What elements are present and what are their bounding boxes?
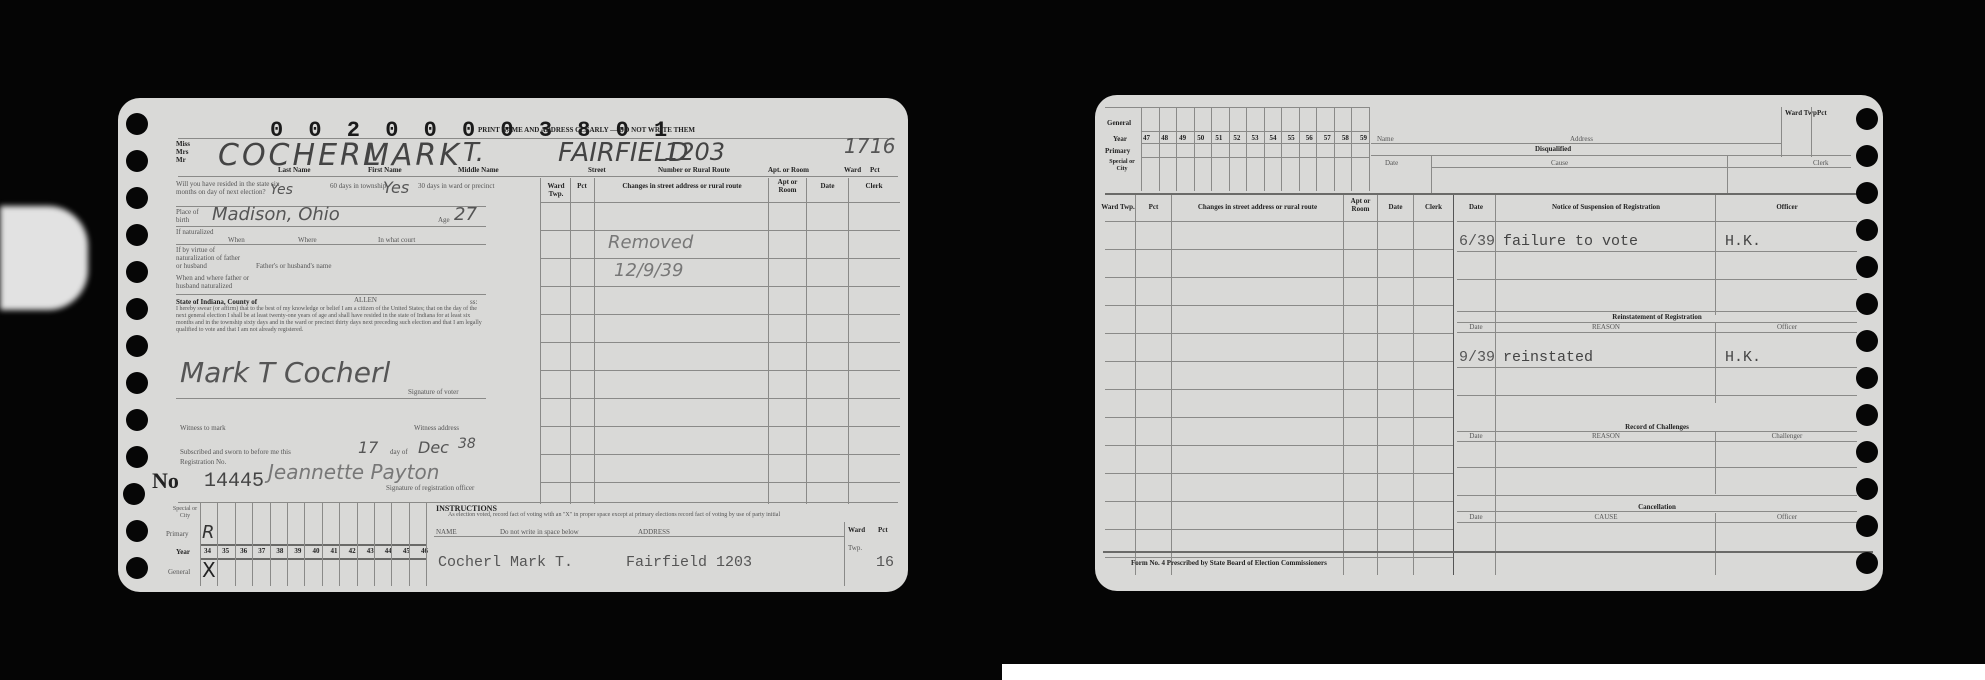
no-symbol: No: [152, 468, 179, 494]
sworn-text: Subscribed and sworn to before me this: [180, 448, 291, 456]
rchanges-header-apt: Apt or Room: [1344, 197, 1377, 213]
year-cell: 50: [1197, 134, 1204, 142]
year-row: 34353637383940414243444546: [204, 547, 428, 555]
ward-days-label: 30 days in ward or precinct: [418, 182, 498, 190]
instructions-address-label: ADDRESS: [638, 528, 670, 536]
grid-line: [1264, 107, 1265, 191]
last-name-label: Last Name: [278, 166, 310, 174]
rheader-date: Date: [1385, 159, 1398, 167]
row-line: [1105, 249, 1453, 250]
rchanges-header-ward: Ward Twp.: [1101, 203, 1135, 211]
suspension-officer: H.K.: [1725, 233, 1761, 250]
age-value: 27: [454, 204, 477, 225]
punch-hole-icon: [1856, 145, 1878, 167]
year-cell: 49: [1179, 134, 1186, 142]
primary-mark: R: [202, 522, 215, 543]
punch-hole-icon: [126, 335, 148, 357]
year-cell: 35: [222, 547, 229, 555]
changes-entry-text: Removed: [608, 232, 693, 253]
punch-hole-icon: [1856, 182, 1878, 204]
punch-hole-icon: [126, 446, 148, 468]
punch-hole-icon: [123, 483, 145, 505]
pct-value: 16: [870, 134, 895, 158]
punch-hole-icon: [126, 261, 148, 283]
suspension-header-officer: Officer: [1717, 203, 1857, 211]
form-footer: Form No. 4 Prescribed by State Board of …: [1131, 559, 1327, 567]
punch-hole-icon: [1856, 330, 1878, 352]
year-cell: 56: [1306, 134, 1313, 142]
sworn-day-label: day of: [390, 448, 408, 456]
oath-ss: ss:: [470, 298, 477, 306]
scan-glare: [0, 206, 88, 310]
suspension-header-date: Date: [1457, 203, 1495, 211]
row-line: [1105, 221, 1453, 222]
grid-line: [235, 502, 236, 586]
registration-card-front: 0 0 2 0 0 0 0 3 8 0 1 PRINT NAME AND ADD…: [118, 98, 908, 592]
typed-address: Fairfield 1203: [626, 554, 752, 571]
grid-line: [1211, 107, 1212, 191]
year-cell: 58: [1342, 134, 1349, 142]
grid-line: [391, 502, 392, 586]
changes-header-pct: Pct: [571, 182, 593, 190]
rheader-clerk: Clerk: [1813, 159, 1829, 167]
year-cell: 39: [294, 547, 301, 555]
rheader-cause: Cause: [1551, 159, 1568, 167]
suspension-header-notice: Notice of Suspension of Registration: [1497, 203, 1715, 211]
grid-line: [270, 502, 271, 586]
grid-line: [1316, 107, 1317, 191]
row-line: [1105, 501, 1453, 502]
grid-line: [374, 502, 375, 586]
punch-hole-icon: [1856, 515, 1878, 537]
instructions-text: As election voted, record fact of voting…: [448, 512, 868, 519]
changes-header-clerk: Clerk: [849, 182, 899, 190]
row-line: [1105, 417, 1453, 418]
rheader-ward-twp: Ward Twp: [1785, 109, 1817, 117]
residence-answer: Yes: [270, 182, 293, 198]
rgrid-label-general: General: [1107, 119, 1131, 127]
ward-value: 17: [844, 134, 869, 158]
row-line: [1105, 557, 1453, 558]
grid-line: [1281, 107, 1282, 191]
year-cell: 47: [1143, 134, 1150, 142]
rgrid-label-year: Year: [1113, 135, 1127, 143]
rheader-pct: Pct: [1817, 109, 1827, 117]
grid-line: [1194, 107, 1195, 191]
year-cell: 55: [1288, 134, 1295, 142]
rgrid-label-special: Special or City: [1105, 159, 1139, 173]
instructions-name-label: NAME: [436, 528, 457, 536]
punch-hole-icon: [126, 298, 148, 320]
registration-card-back: General Year 47484950515253545556575859 …: [1095, 95, 1883, 591]
cancellation-title: Cancellation: [1457, 503, 1857, 511]
oath-title: State of Indiana, County of: [176, 298, 257, 306]
punch-hole-icon: [126, 520, 148, 542]
cancellation-header-date: Date: [1457, 513, 1495, 521]
grid-line: [217, 502, 218, 586]
street-label: Street: [588, 166, 606, 174]
general-mark: X: [202, 558, 216, 582]
challenges-title: Record of Challenges: [1457, 423, 1857, 431]
punch-hole-icon: [1856, 219, 1878, 241]
changes-header-address: Changes in street address or rural route: [596, 182, 768, 190]
salutation-miss: Miss: [176, 140, 190, 148]
witness-label: Witness to mark: [180, 424, 226, 432]
grid-line: [287, 502, 288, 586]
first-name-label: First Name: [368, 166, 402, 174]
officer-signature-label: Signature of registration officer: [386, 484, 474, 492]
year-cell: 36: [240, 547, 247, 555]
punch-hole-icon: [126, 372, 148, 394]
punch-hole-icon: [1856, 441, 1878, 463]
punch-hole-icon: [1856, 404, 1878, 426]
punch-hole-icon: [1856, 367, 1878, 389]
grid-label-special: Special or City: [170, 506, 200, 520]
grid-line: [1369, 107, 1370, 191]
cancellation-header-officer: Officer: [1717, 513, 1857, 521]
officer-signature: Jeannette Payton: [268, 460, 439, 484]
salutation-mrs: Mrs: [176, 148, 188, 156]
township-label: 60 days in township: [330, 182, 390, 190]
year-cell: 53: [1251, 134, 1258, 142]
challenges-header-reason: REASON: [1497, 432, 1715, 440]
instructions-do-not-write: Do not write in space below: [500, 528, 579, 536]
year-cell: 52: [1233, 134, 1240, 142]
reinstatement-title: Reinstatement of Registration: [1457, 313, 1857, 321]
year-cell: 34: [204, 547, 211, 555]
typed-name: Cocherl Mark T.: [438, 554, 573, 571]
punch-hole-icon: [126, 113, 148, 135]
township-answer: Yes: [383, 178, 409, 197]
voter-signature: Mark T Cocherl: [180, 356, 390, 389]
grid-line: [200, 502, 201, 586]
year-cell: 57: [1324, 134, 1331, 142]
year-cell: 40: [312, 547, 319, 555]
salutation-mr: Mr: [176, 156, 186, 164]
grid-label-primary: Primary: [166, 530, 189, 538]
grid-line: [357, 502, 358, 586]
year-cell: 43: [367, 547, 374, 555]
row-line: [1105, 445, 1453, 446]
ward-label: Ward: [844, 166, 861, 174]
punch-hole-icon: [1856, 293, 1878, 315]
grid-line: [426, 502, 427, 586]
rheader-address: Address: [1570, 135, 1593, 143]
middle-name-label: Middle Name: [458, 166, 499, 174]
number-label: Number or Rural Route: [658, 166, 730, 174]
grid-line: [1141, 107, 1142, 191]
year-cell: 51: [1215, 134, 1222, 142]
sworn-month: Dec: [418, 438, 449, 457]
instructions-ward-label: Ward: [848, 526, 865, 534]
rchanges-header-pct: Pct: [1136, 203, 1171, 211]
row-line: [1105, 361, 1453, 362]
rchanges-header-clerk: Clerk: [1414, 203, 1453, 211]
court-label: In what court: [378, 236, 415, 244]
row-line: [1105, 389, 1453, 390]
grid-line: [409, 502, 410, 586]
row-line: [1105, 529, 1453, 530]
oath-text: I hereby swear (or affirm) that to the b…: [176, 306, 486, 334]
grid-line: [304, 502, 305, 586]
sworn-year: 38: [458, 436, 476, 452]
header-instruction: PRINT NAME AND ADDRESS CLEARLY — DO NOT …: [478, 126, 695, 134]
punch-hole-icon: [1856, 478, 1878, 500]
punch-hole-icon: [126, 409, 148, 431]
challenges-header-challenger: Challenger: [1717, 432, 1857, 440]
rchanges-header-address: Changes in street address or rural route: [1172, 203, 1343, 211]
instructions-pct-label: Pct: [878, 526, 888, 534]
grid-label-year: Year: [176, 548, 190, 556]
punch-hole-icon: [1856, 552, 1878, 574]
reinstatement-header-date: Date: [1457, 323, 1495, 331]
grid-line: [1334, 107, 1335, 191]
punch-hole-icon: [126, 150, 148, 172]
pct-label: Pct: [870, 166, 880, 174]
year-cell: 37: [258, 547, 265, 555]
changes-header-ward: Ward Twp.: [542, 182, 570, 198]
suspension-date: 6/39: [1459, 233, 1495, 250]
where-label: Where: [298, 236, 317, 244]
grid-line: [252, 502, 253, 586]
instructions-twp-label: Twp.: [848, 544, 862, 552]
registration-number: 14445: [204, 470, 264, 493]
county-value: ALLEN: [354, 296, 377, 304]
reinstatement-header-officer: Officer: [1717, 323, 1857, 331]
age-label: Age: [438, 216, 450, 224]
year-cell: 38: [276, 547, 283, 555]
rheader-disqualified: Disqualified: [1535, 145, 1571, 153]
father-name-label: Father's or husband's name: [256, 262, 331, 270]
punch-hole-icon: [126, 224, 148, 246]
reinstatement-date: 9/39: [1459, 349, 1495, 366]
punch-hole-icon: [126, 557, 148, 579]
sworn-day: 17: [358, 438, 378, 457]
punch-hole-icon: [126, 187, 148, 209]
grid-line: [1229, 107, 1230, 191]
typed-pct: 16: [876, 554, 894, 571]
grid-line: [1176, 107, 1177, 191]
grid-line: [322, 502, 323, 586]
year-cell: 42: [349, 547, 356, 555]
changes-entry-date: 12/9/39: [614, 260, 683, 281]
reinstatement-reason: reinstated: [1503, 349, 1593, 366]
punch-hole-icon: [1856, 108, 1878, 130]
row-line: [1105, 277, 1453, 278]
rchanges-header-date: Date: [1378, 203, 1413, 211]
grid-line: [1159, 107, 1160, 191]
changes-header-date: Date: [807, 182, 848, 190]
grid-line: [1246, 107, 1247, 191]
year-cell: 41: [331, 547, 338, 555]
suspension-reason: failure to vote: [1503, 233, 1638, 250]
birth-label: Place of birth: [176, 208, 206, 224]
birth-value: Madison, Ohio: [212, 204, 340, 225]
voter-signature-label: Signature of voter: [408, 388, 459, 396]
row-line: [1105, 473, 1453, 474]
grid-line: [339, 502, 340, 586]
apt-label: Apt. or Room: [768, 166, 809, 174]
grid-line: [1299, 107, 1300, 191]
year-cell: 54: [1270, 134, 1277, 142]
rheader-name: Name: [1377, 135, 1394, 143]
year-cell: 48: [1161, 134, 1168, 142]
row-line: [1105, 305, 1453, 306]
year-cell: 59: [1360, 134, 1367, 142]
naturalized-label: If naturalized: [176, 228, 226, 236]
reinstatement-header-reason: REASON: [1497, 323, 1715, 331]
scan-edge-strip: [1002, 664, 1985, 680]
when-label: When: [228, 236, 245, 244]
grid-label-general: General: [168, 568, 190, 576]
father-when-label: When and where father or husband natural…: [176, 274, 256, 290]
reinstatement-officer: H.K.: [1725, 349, 1761, 366]
witness-address-label: Witness address: [414, 424, 459, 432]
cancellation-header-cause: CAUSE: [1497, 513, 1715, 521]
registration-no-label: Registration No.: [180, 458, 226, 466]
changes-header-apt: Apt or Room: [769, 178, 806, 194]
grid-line: [1351, 107, 1352, 191]
row-line: [1105, 333, 1453, 334]
punch-hole-icon: [1856, 256, 1878, 278]
challenges-header-date: Date: [1457, 432, 1495, 440]
middle-name-value: T.: [463, 138, 484, 168]
father-label: If by virtue of naturalization of father…: [176, 246, 246, 270]
number-value: 1203: [664, 138, 725, 166]
rgrid-label-primary: Primary: [1105, 147, 1130, 155]
